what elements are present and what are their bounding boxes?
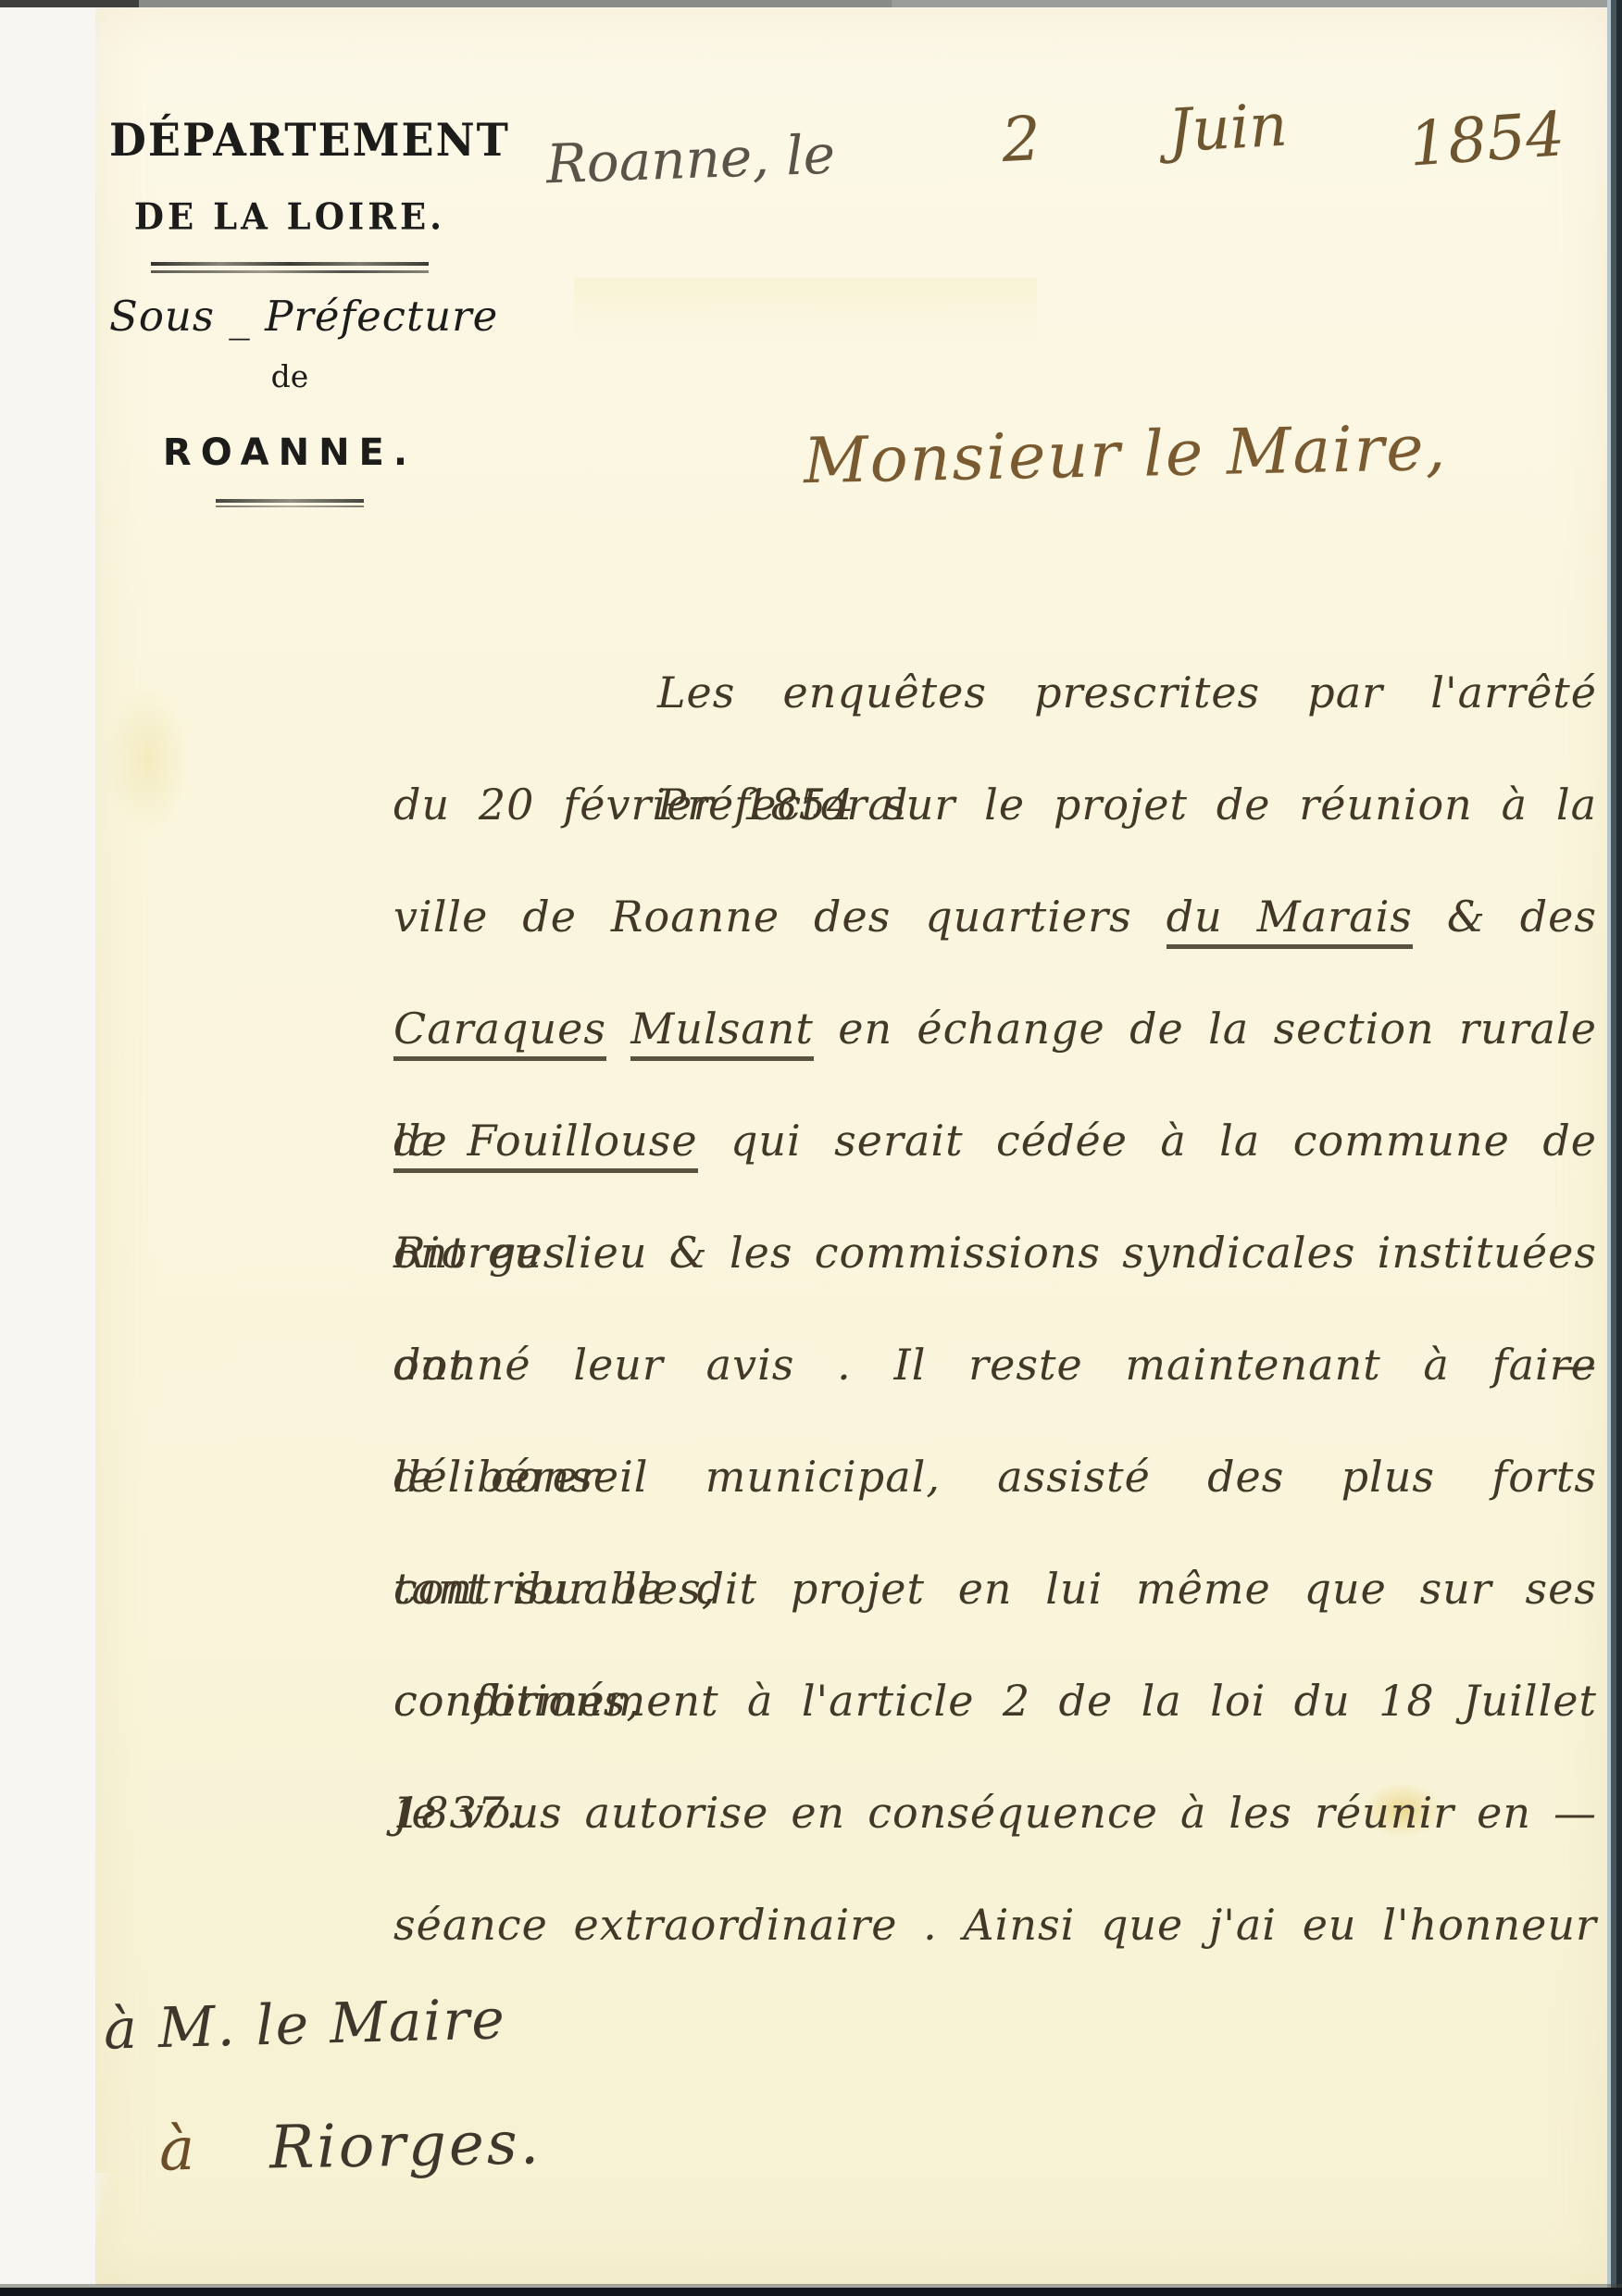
footer-place-prefix: à — [158, 2115, 197, 2185]
footer-addressee: à M. le Maire — [103, 1987, 506, 2062]
text-segment — [606, 1004, 630, 1054]
scanned-letter-page: { "letterhead": { "line1": "DÉPARTEMENT"… — [0, 0, 1622, 2296]
salutation: Monsieur le Maire, — [803, 412, 1448, 499]
footer-place: àRiorges. — [158, 2109, 542, 2184]
paper-stain — [106, 685, 190, 833]
body-line-1: Les enquêtes prescrites par l'arrêté Pré… — [393, 637, 1597, 749]
letterhead-roanne: ROANNE. — [109, 434, 470, 471]
rule-line — [216, 505, 364, 507]
rule-line — [151, 270, 429, 273]
scan-bottom-edge — [0, 2284, 1622, 2296]
dateline-place: Roanne, le — [545, 123, 836, 196]
letterhead-sous-prefecture: Sous _ Préfecture — [109, 295, 470, 337]
body-line-11: Je vous autorise en conséquence à les ré… — [393, 1757, 1597, 1869]
paper-stain — [574, 278, 1037, 343]
body-line-7: donné leur avis . Il reste maintenant à … — [393, 1309, 1597, 1421]
underlined-text: Mulsant — [630, 1004, 814, 1061]
body-line-8: le conseil municipal, assisté des plus f… — [393, 1421, 1597, 1533]
scan-top-edge — [0, 0, 1622, 7]
body-line-9: tant sur le dit projet en lui même que s… — [393, 1533, 1597, 1645]
underlined-text: la Fouillouse — [393, 1116, 698, 1173]
body-line-4: Caraques Mulsant en échange de la sectio… — [393, 973, 1597, 1085]
letterhead-double-rule — [151, 262, 429, 273]
body-line-6: ont eu lieu & les commissions syndicales… — [393, 1197, 1597, 1309]
body-line-10: conformément à l'article 2 de la loi du … — [393, 1645, 1597, 1757]
dateline-month: Juin — [1167, 92, 1289, 167]
letterhead-departement: DÉPARTEMENT — [109, 118, 470, 162]
body-line-5: la Fouillouse qui serait cédée à la comm… — [393, 1085, 1597, 1197]
letterhead: DÉPARTEMENT DE LA LOIRE. Sous _ Préfectu… — [109, 119, 470, 507]
body-lines: Les enquêtes prescrites par l'arrêté Pré… — [393, 637, 1597, 1981]
rule-line — [151, 262, 429, 266]
text-segment: ville de Roanne des quartiers — [393, 892, 1167, 942]
letterhead-de-la-loire: DE LA LOIRE. — [109, 199, 470, 235]
body-line-2: du 20 février 1854 sur le projet de réun… — [393, 749, 1597, 861]
text-segment: séance extraordinaire . Ainsi que j'ai e… — [393, 1900, 1597, 1950]
scan-right-edge — [1607, 0, 1622, 2296]
letterhead-de: de — [109, 361, 470, 392]
rule-line — [216, 499, 364, 503]
underlined-text: Caraques — [393, 1004, 606, 1061]
text-segment: & des — [1413, 892, 1597, 942]
paper-corner-curl — [56, 2173, 111, 2284]
body-line-12: séance extraordinaire . Ainsi que j'ai e… — [393, 1869, 1597, 1981]
underlined-text: du Marais — [1167, 892, 1413, 949]
letterhead-small-rule — [216, 499, 364, 507]
dateline-year: 1854 — [1407, 98, 1567, 181]
footer-place-city: Riorges. — [269, 2109, 543, 2182]
dateline-day: 2 — [1000, 103, 1042, 176]
text-segment: du 20 février 1854 sur le projet de réun… — [393, 780, 1597, 830]
body-line-3: ville de Roanne des quartiers du Marais … — [393, 861, 1597, 973]
text-segment: Je vous autorise en conséquence à les ré… — [393, 1788, 1597, 1838]
